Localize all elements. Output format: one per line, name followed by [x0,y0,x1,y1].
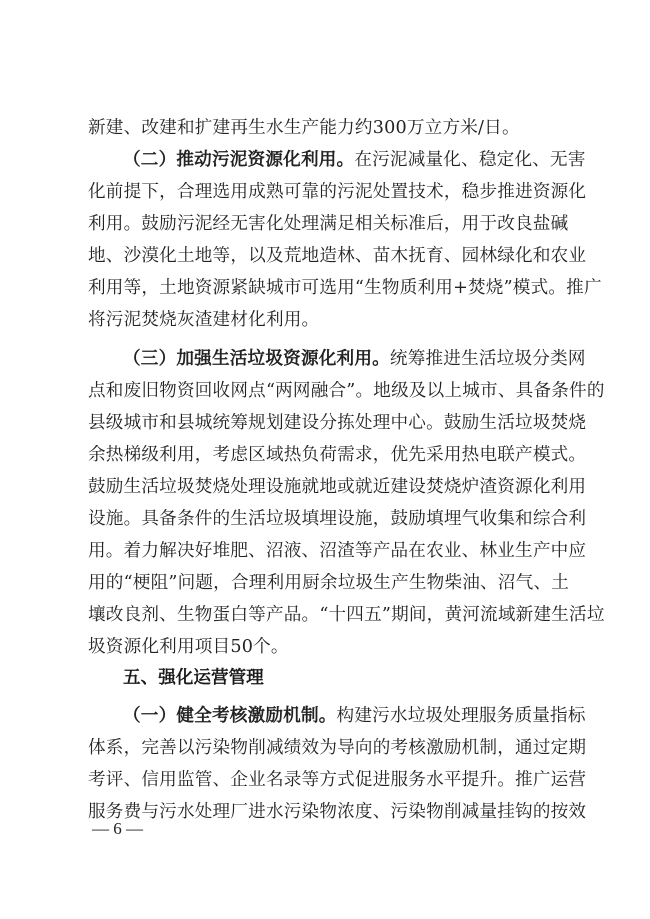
paragraph-line: 鼓励生活垃圾焚烧处理设施就地或就近建设焚烧炉渣资源化利用 [88,471,560,503]
paragraph-line: （三）加强生活垃圾资源化利用。统筹推进生活垃圾分类网 [123,343,560,375]
paragraph-line: 体系，完善以污染物削减绩效为导向的考核激励机制，通过定期 [88,732,560,764]
paragraph-line: 壤改良剂、生物蛋白等产品。“十四五”期间，黄河流域新建生活垃 [88,599,560,631]
paragraph-line: 县级城市和县城统筹规划建设分拣处理中心。鼓励生活垃圾焚烧 [88,407,560,439]
paragraph-line: 设施。具备条件的生活垃圾填埋设施，鼓励填埋气收集和综合利 [88,503,560,535]
paragraph-line: 用。着力解决好堆肥、沼液、沼渣等产品在农业、林业生产中应 [88,535,560,567]
paragraph-text: 构建污水垃圾处理服务质量指标 [337,706,586,726]
page-number: — 6 — [92,817,143,841]
paragraph-line: 圾资源化利用项目50个。 [88,631,560,663]
paragraph-line: 利用。鼓励污泥经无害化处理满足相关标准后，用于改良盐碱 [88,208,560,240]
paragraph-line: 点和废旧物资回收网点“两网融合”。地级及以上城市、具备条件的 [88,375,560,407]
section-heading: 五、强化运营管理 [123,662,264,694]
document-page: 新建、改建和扩建再生水生产能力约300万立方米/日。 （二）推动污泥资源化利用。… [0,0,650,919]
subsection-title: （三）加强生活垃圾资源化利用。 [123,348,390,369]
paragraph-line: 将污泥焚烧灰渣建材化利用。 [88,304,560,336]
paragraph-line: 余热梯级利用，考虑区域热负荷需求，优先采用热电联产模式。 [88,439,560,471]
subsection-title: （二）推动污泥资源化利用。 [123,149,354,170]
subsection-title: （一）健全考核激励机制。 [123,705,337,726]
paragraph-line: 用的“梗阻”问题，合理利用厨余垃圾生产生物柴油、沼气、土 [88,567,560,599]
paragraph-line: 化前提下，合理选用成熟可靠的污泥处置技术，稳步推进资源化 [88,176,560,208]
paragraph-line: （二）推动污泥资源化利用。在污泥减量化、稳定化、无害 [123,144,560,176]
paragraph-line: 新建、改建和扩建再生水生产能力约300万立方米/日。 [88,112,560,144]
paragraph-line: 考评、信用监管、企业名录等方式促进服务水平提升。推广运营 [88,764,560,796]
paragraph-line: 服务费与污水处理厂进水污染物浓度、污染物削减量挂钩的按效 [88,796,560,828]
paragraph-line: 利用等，土地资源紧缺城市可选用“生物质利用+焚烧”模式。推广 [88,272,560,304]
paragraph-line: （一）健全考核激励机制。构建污水垃圾处理服务质量指标 [123,700,560,732]
paragraph-line: 地、沙漠化土地等，以及荒地造林、苗木抚育、园林绿化和农业 [88,240,560,272]
paragraph-text: 统筹推进生活垃圾分类网 [390,349,586,369]
paragraph-text: 在污泥减量化、稳定化、无害 [354,150,585,170]
